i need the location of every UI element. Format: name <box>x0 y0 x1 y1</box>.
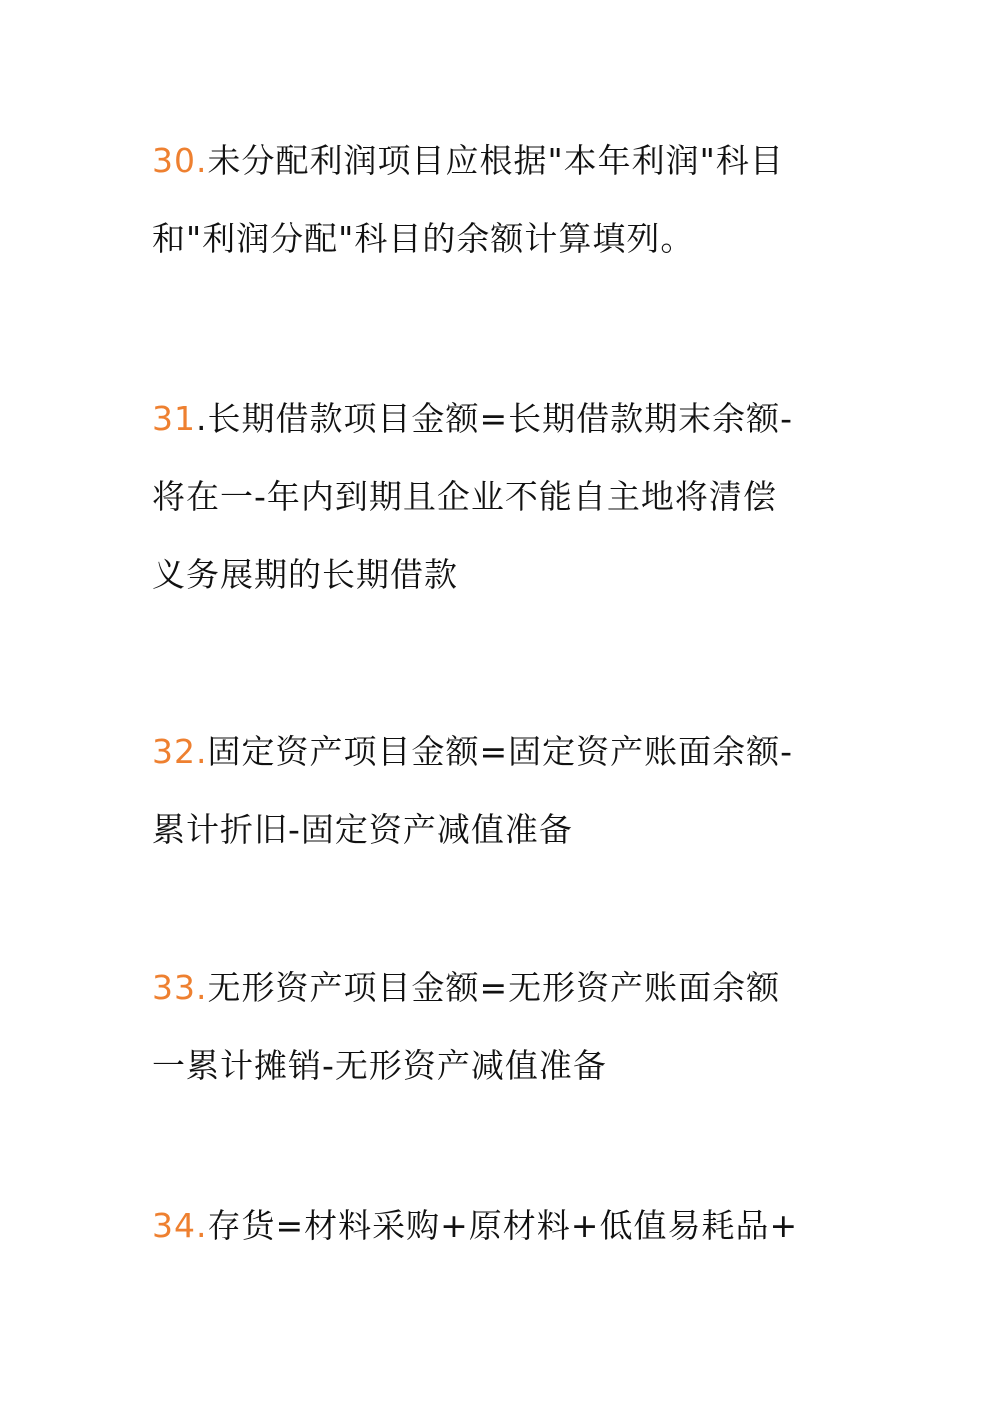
item-line: 和"利润分配"科目的余额计算填列。 <box>152 200 842 278</box>
item-line: 33.无形资产项目金额=无形资产账面余额 <box>152 949 842 1027</box>
item-number-dot: . <box>196 968 208 1007</box>
item-number-dot: . <box>196 141 208 180</box>
item-number: 34 <box>152 1206 196 1245</box>
item-line: 34.存货=材料采购+原材料+低值易耗品+ <box>152 1187 842 1265</box>
item-number: 33 <box>152 968 196 1007</box>
item-line: 将在一-年内到期且企业不能自主地将清偿 <box>152 458 842 536</box>
item-line: 30.未分配利润项目应根据"本年利润"科目 <box>152 122 842 200</box>
item-text: 无形资产项目金额=无形资产账面余额 <box>208 968 781 1007</box>
item-text: 长期借款项目金额=长期借款期末余额- <box>208 399 794 438</box>
item-line: 一累计摊销-无形资产减值准备 <box>152 1027 842 1105</box>
item-number: 30 <box>152 141 196 180</box>
item-line: 31.长期借款项目金额=长期借款期末余额- <box>152 380 842 458</box>
item-number: 31 <box>152 399 196 438</box>
item-line: 32.固定资产项目金额=固定资产账面余额- <box>152 713 842 791</box>
list-item-32: 32.固定资产项目金额=固定资产账面余额- 累计折旧-固定资产减值准备 <box>152 713 842 869</box>
item-number-dot: . <box>196 399 208 438</box>
document-page: 30.未分配利润项目应根据"本年利润"科目 和"利润分配"科目的余额计算填列。 … <box>0 0 1000 1415</box>
item-number: 32 <box>152 732 196 771</box>
item-line: 累计折旧-固定资产减值准备 <box>152 791 842 869</box>
list-item-30: 30.未分配利润项目应根据"本年利润"科目 和"利润分配"科目的余额计算填列。 <box>152 122 842 278</box>
item-number-dot: . <box>196 732 208 771</box>
item-number-dot: . <box>196 1206 208 1245</box>
list-item-33: 33.无形资产项目金额=无形资产账面余额 一累计摊销-无形资产减值准备 <box>152 949 842 1105</box>
item-line: 义务展期的长期借款 <box>152 536 842 614</box>
list-item-34: 34.存货=材料采购+原材料+低值易耗品+ <box>152 1187 842 1265</box>
item-text: 存货=材料采购+原材料+低值易耗品+ <box>208 1206 799 1245</box>
item-text: 固定资产项目金额=固定资产账面余额- <box>208 732 794 771</box>
item-text: 未分配利润项目应根据"本年利润"科目 <box>208 141 784 180</box>
list-item-31: 31.长期借款项目金额=长期借款期末余额- 将在一-年内到期且企业不能自主地将清… <box>152 380 842 614</box>
